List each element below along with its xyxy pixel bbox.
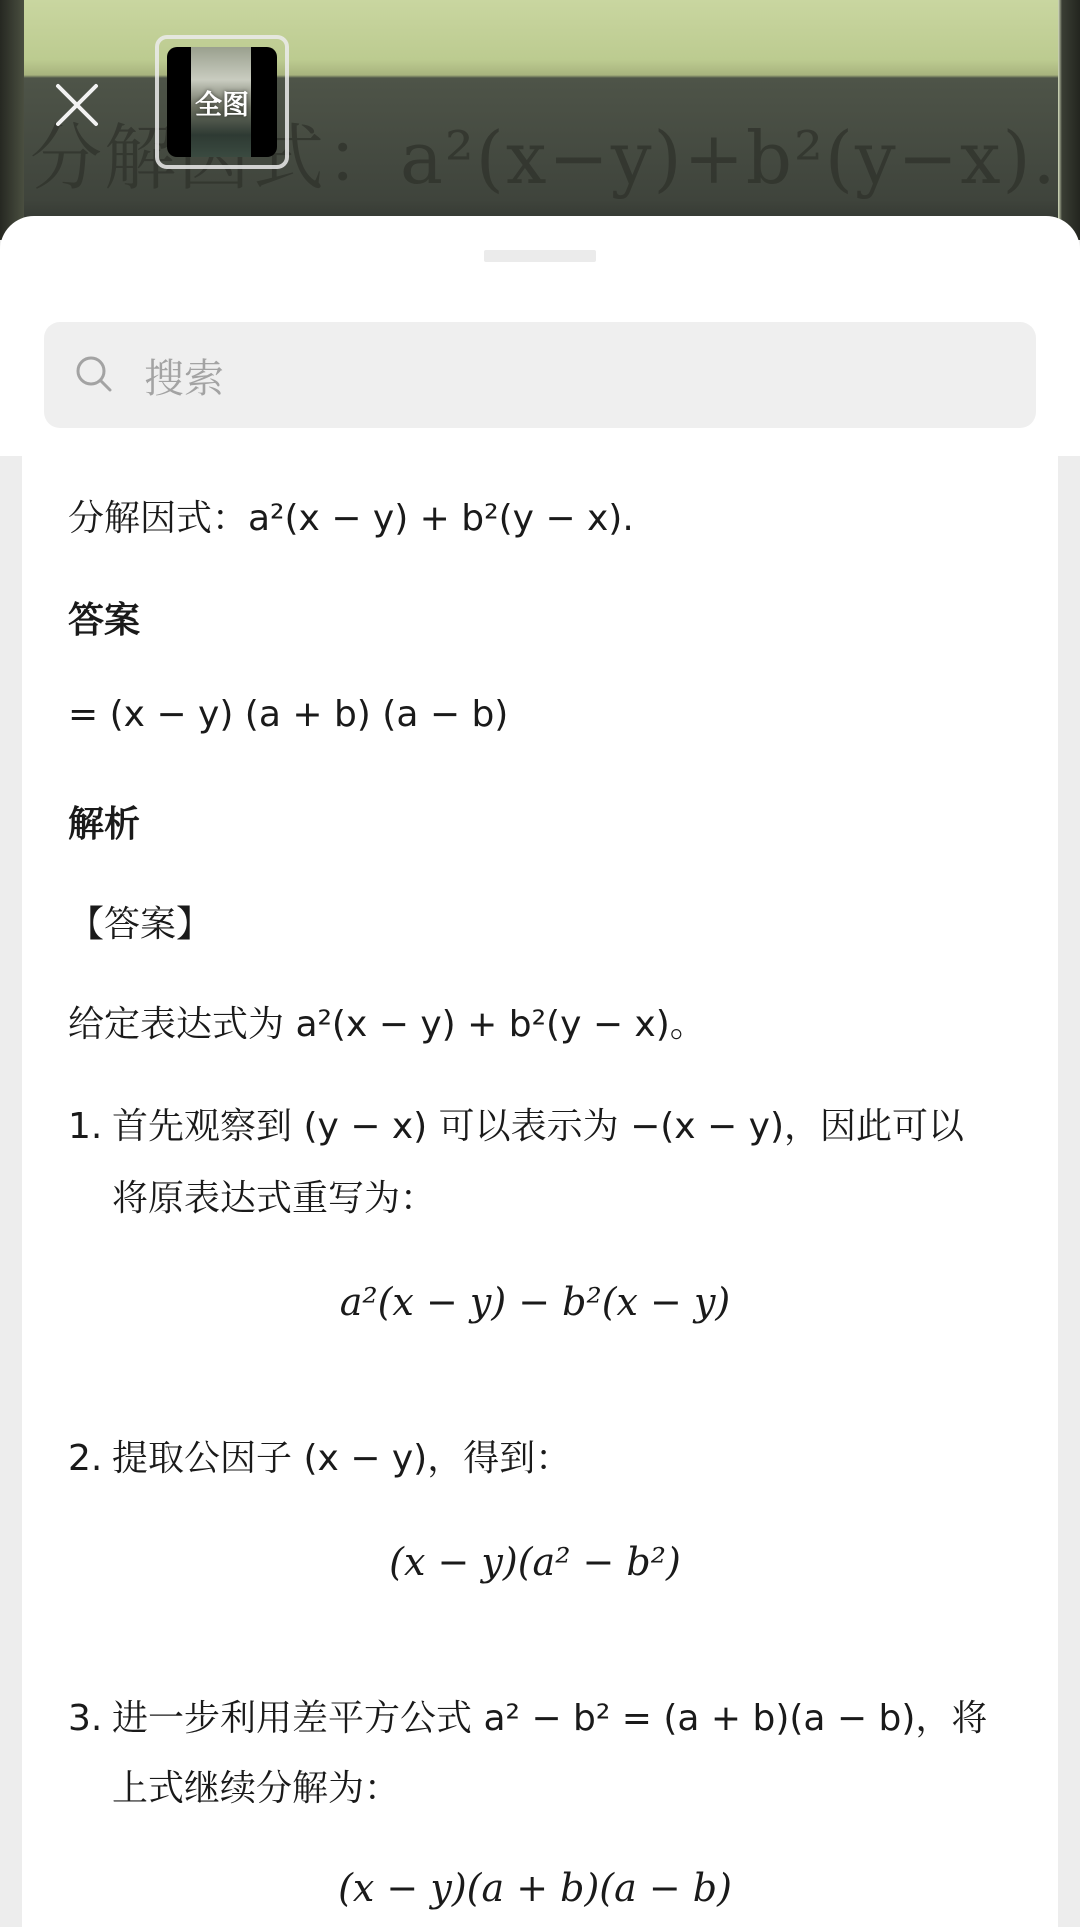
search-icon (74, 354, 116, 396)
step-3-line-2: 上式继续分解为： (68, 1760, 400, 1811)
step-text: 首先观察到 (y − x) 可以表示为 −(x − y)，因此可以 (112, 1106, 964, 1147)
step-number: 2. (68, 1438, 112, 1479)
photo-preview: 分解因式：a²(x−y)+b²(y−x). 全图 (0, 0, 1080, 240)
step-number: 3. (68, 1698, 112, 1739)
answer-bracket-label: 【答案】 (68, 896, 212, 947)
given-expression: 给定表达式为 a²(x − y) + b²(y − x)。 (68, 996, 706, 1047)
step-2-formula: (x − y)(a² − b²) (22, 1540, 1048, 1584)
step-1-line-2: 将原表达式重写为： (68, 1170, 436, 1221)
step-2-line-1: 2.提取公因子 (x − y)，得到： (68, 1430, 571, 1481)
step-text: 提取公因子 (x − y)，得到： (112, 1438, 571, 1479)
full-image-label: 全图 (195, 83, 249, 122)
full-image-button[interactable]: 全图 (155, 35, 289, 169)
step-number: 1. (68, 1106, 112, 1147)
thumbnail: 全图 (167, 47, 277, 157)
search-input[interactable]: 搜索 (44, 322, 1036, 428)
answer-text: = (x − y) (a + b) (a − b) (68, 694, 508, 735)
search-placeholder: 搜索 (144, 347, 224, 404)
bottom-sheet: 搜索 (0, 216, 1080, 456)
close-button[interactable] (52, 80, 102, 130)
photo-edge (1058, 0, 1080, 240)
analysis-heading: 解析 (68, 796, 140, 847)
step-text: 进一步利用差平方公式 a² − b² = (a + b)(a − b)，将 (112, 1698, 987, 1739)
close-icon (52, 80, 102, 130)
answer-heading: 答案 (68, 592, 140, 643)
step-3-line-1: 3.进一步利用差平方公式 a² − b² = (a + b)(a − b)，将 (68, 1690, 987, 1741)
step-1-line-1: 1.首先观察到 (y − x) 可以表示为 −(x − y)，因此可以 (68, 1098, 964, 1149)
step-1-formula: a²(x − y) − b²(x − y) (22, 1280, 1048, 1324)
photo-edge (0, 0, 24, 240)
question-text: 分解因式：a²(x − y) + b²(y − x). (68, 490, 634, 541)
drag-handle[interactable] (484, 250, 596, 262)
result-card: 分解因式：a²(x − y) + b²(y − x). 答案 = (x − y)… (22, 456, 1058, 1927)
step-3-formula: (x − y)(a + b)(a − b) (22, 1866, 1048, 1910)
